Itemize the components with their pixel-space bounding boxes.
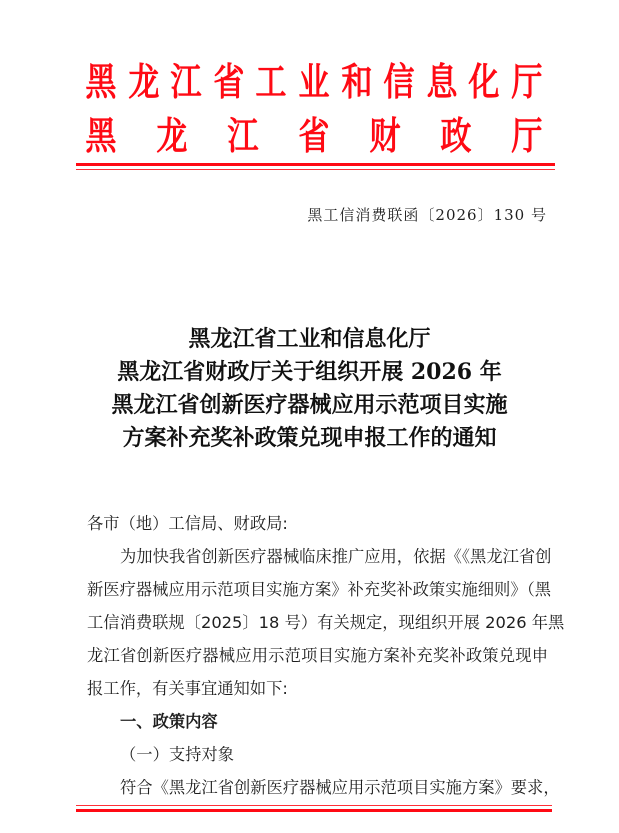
letterhead-char: 龙 [156,116,187,156]
letterhead-char: 化 [469,62,500,102]
letterhead-char: 息 [426,62,457,102]
letterhead-line-1: 黑 龙 江 省 工 业 和 信 息 化 厅 [82,62,546,102]
letterhead-char: 工 [256,62,287,102]
letterhead-char: 厅 [511,62,542,102]
letterhead-char: 省 [298,116,329,156]
paragraph-line: 工信消费联规〔2025〕18 号）有关规定，现组织开展 2026 年黑 [87,606,548,639]
letterhead-char: 政 [440,116,471,156]
title-line: 方案补充奖补政策兑现申报工作的通知 [0,422,619,455]
letterhead-char: 厅 [511,116,542,156]
title-line: 黑龙江省创新医疗器械应用示范项目实施 [0,389,619,422]
letterhead-rule-thin [76,169,555,170]
paragraph-line: 龙江省创新医疗器械应用示范项目实施方案补充奖补政策兑现申 [87,639,548,672]
document-body: 各市（地）工信局、财政局: 为加快我省创新医疗器械临床推广应用，依据《《黑龙江省… [87,507,548,804]
paragraph-line: 报工作，有关事宜通知如下: [87,672,548,705]
letterhead-char: 财 [369,116,400,156]
paragraph-line: 符合《黑龙江省创新医疗器械应用示范项目实施方案》要求， [87,771,548,804]
letterhead-char: 黑 [85,62,116,102]
paragraph-line: 新医疗器械应用示范项目实施方案》补充奖补政策实施细则》（黑 [87,573,548,606]
letterhead-char: 龙 [128,62,159,102]
footer-rule-thin [76,805,552,806]
subsection-heading: （一）支持对象 [87,738,548,771]
title-line: 黑龙江省工业和信息化厅 [0,323,619,356]
letterhead-char: 业 [298,62,329,102]
addressee: 各市（地）工信局、财政局: [87,507,548,540]
letterhead-rule-thick [76,163,555,166]
document-title: 黑龙江省工业和信息化厅 黑龙江省财政厅关于组织开展 2026 年 黑龙江省创新医… [0,323,619,455]
letterhead-char: 省 [213,62,244,102]
document-number: 黑工信消费联函〔2026〕130 号 [307,204,547,225]
letterhead-char: 信 [384,62,415,102]
letterhead-char: 江 [171,62,202,102]
letterhead-char: 黑 [85,116,116,156]
section-heading: 一、政策内容 [87,705,548,738]
letterhead-char: 和 [341,62,372,102]
paragraph-line: 为加快我省创新医疗器械临床推广应用，依据《《黑龙江省创 [87,540,548,573]
letterhead-line-2: 黑 龙 江 省 财 政 厅 [82,116,546,156]
title-line: 黑龙江省财政厅关于组织开展 2026 年 [0,356,619,389]
footer-rule-thick [76,809,552,812]
letterhead-char: 江 [227,116,258,156]
